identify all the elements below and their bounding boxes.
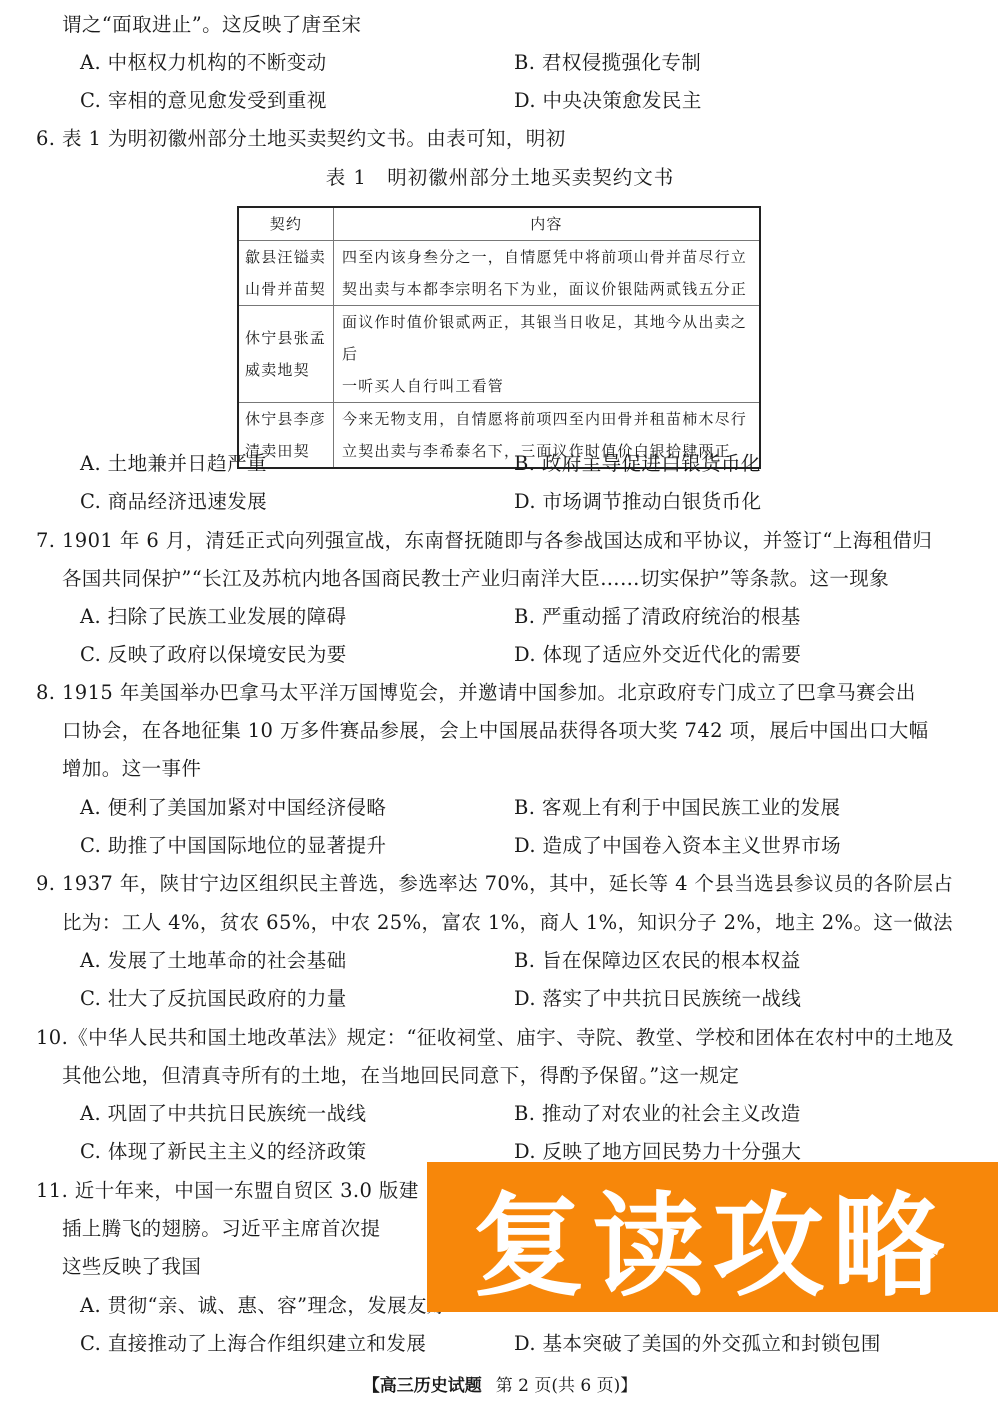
q9-stem-line1: 9. 1937 年，陕甘宁边区组织民主普选，参选率达 70%，其中，延长等 4 … [36, 871, 953, 897]
footer-page-number: 第 2 页(共 6 页)】 [496, 1376, 638, 1396]
q6-option-b: B. 政府主导促进白银货币化 [514, 451, 761, 477]
table-header: 契约 [238, 207, 334, 241]
q11-stem-line1: 11. 近十年来，中国一东盟自贸区 3.0 版建 [36, 1178, 419, 1204]
cell-line: 威卖地契 [245, 354, 327, 386]
q5-option-d: D. 中央决策愈发民主 [514, 88, 702, 114]
q10-option-a: A. 巩固了中共抗日民族统一战线 [80, 1101, 366, 1127]
content-cell: 四至内该身叁分之一，自情愿凭中将前项山骨并苗尽行立 契出卖与本都李宗明名下为业，… [334, 241, 761, 306]
q11-option-a: A. 贯彻“亲、诚、惠、容”理念，发展友好 [80, 1293, 447, 1319]
watermark-banner: 复读攻略 [427, 1162, 998, 1312]
contract-cell: 休宁县张孟 威卖地契 [238, 306, 334, 403]
q8-option-c: C. 助推了中国国际地位的显著提升 [80, 833, 386, 859]
q6-stem: 6. 表 1 为明初徽州部分土地买卖契约文书。由表可知，明初 [36, 126, 566, 152]
table-row: 歙县汪镒卖 山骨并苗契 四至内该身叁分之一，自情愿凭中将前项山骨并苗尽行立 契出… [238, 241, 760, 306]
q8-stem-line1: 8. 1915 年美国举办巴拿马太平洋万国博览会，并邀请中国参加。北京政府专门成… [36, 680, 916, 706]
table-row: 休宁县张孟 威卖地契 面议作时值价银贰两正，其银当日收足，其地今从出卖之后 一听… [238, 306, 760, 403]
cell-line: 一听买人自行叫工看管 [342, 370, 751, 402]
contract-cell: 歙县汪镒卖 山骨并苗契 [238, 241, 334, 306]
q5-stem: 谓之“面取进止”。这反映了唐至宋 [62, 12, 361, 38]
q5-option-a: A. 中枢权力机构的不断变动 [80, 50, 327, 76]
q10-stem-line2: 其他公地，但清真寺所有的土地，在当地回民同意下，得酌予保留。”这一规定 [62, 1063, 739, 1089]
page-footer: 【高三历史试题第 2 页(共 6 页)】 [0, 1375, 1000, 1397]
q6-option-a: A. 土地兼并日趋严重 [80, 451, 267, 477]
cell-line: 休宁县李彦 [245, 403, 327, 435]
q5-option-b: B. 君权侵揽强化专制 [514, 50, 701, 76]
q8-option-d: D. 造成了中国卷入资本主义世界市场 [514, 833, 841, 859]
contract-table: 契约 内容 歙县汪镒卖 山骨并苗契 四至内该身叁分之一，自情愿凭中将前项山骨并苗… [237, 206, 761, 469]
q7-option-a: A. 扫除了民族工业发展的障碍 [80, 604, 346, 630]
table-header: 内容 [334, 207, 761, 241]
cell-line: 今来无物支用，自情愿将前项四至内田骨并租苗柿木尽行 [342, 403, 751, 435]
q9-option-d: D. 落实了中共抗日民族统一战线 [514, 986, 801, 1012]
q5-option-c: C. 宰相的意见愈发受到重视 [80, 88, 327, 114]
q7-stem-line2: 各国共同保护”“长江及苏杭内地各国商民教士产业归南洋大臣……切实保护”等条款。这… [62, 566, 889, 592]
table-title: 表 1 明初徽州部分土地买卖契约文书 [0, 165, 1000, 191]
q8-stem-line2: 口协会，在各地征集 10 万多件赛品参展，会上中国展品获得各项大奖 742 项，… [62, 718, 929, 744]
cell-line: 面议作时值价银贰两正，其银当日收足，其地今从出卖之后 [342, 306, 751, 370]
q9-option-b: B. 旨在保障边区农民的根本权益 [514, 948, 801, 974]
cell-line: 休宁县张孟 [245, 322, 327, 354]
q9-stem-line2: 比为：工人 4%，贫农 65%，中农 25%，富农 1%，商人 1%，知识分子 … [62, 910, 953, 936]
cell-line: 契出卖与本都李宗明名下为业，面议价银陆两贰钱五分正 [342, 273, 751, 305]
q6-option-d: D. 市场调节推动白银货币化 [514, 489, 761, 515]
q10-stem-line1: 10.《中华人民共和国土地改革法》规定：“征收祠堂、庙宇、寺院、教堂、学校和团体… [36, 1025, 954, 1051]
q6-option-c: C. 商品经济迅速发展 [80, 489, 267, 515]
q9-option-a: A. 发展了土地革命的社会基础 [80, 948, 346, 974]
cell-line: 歙县汪镒卖 [245, 241, 327, 273]
q7-option-b: B. 严重动摇了清政府统治的根基 [514, 604, 801, 630]
cell-line: 山骨并苗契 [245, 273, 327, 305]
q7-stem-line1: 7. 1901 年 6 月，清廷正式向列强宣战，东南督抚随即与各参战国达成和平协… [36, 528, 932, 554]
q10-option-c: C. 体现了新民主主义的经济政策 [80, 1139, 367, 1165]
q8-option-b: B. 客观上有利于中国民族工业的发展 [514, 795, 840, 821]
q11-option-d: D. 基本突破了美国的外交孤立和封锁包围 [514, 1331, 881, 1357]
q10-option-b: B. 推动了对农业的社会主义改造 [514, 1101, 801, 1127]
q7-option-c: C. 反映了政府以保境安民为要 [80, 642, 347, 668]
content-cell: 面议作时值价银贰两正，其银当日收足，其地今从出卖之后 一听买人自行叫工看管 [334, 306, 761, 403]
q7-option-d: D. 体现了适应外交近代化的需要 [514, 642, 801, 668]
q8-stem-line3: 增加。这一事件 [62, 756, 201, 782]
q8-option-a: A. 便利了美国加紧对中国经济侵略 [80, 795, 386, 821]
table-header-row: 契约 内容 [238, 207, 760, 241]
q11-stem-line2: 插上腾飞的翅膀。习近平主席首次提 [62, 1216, 380, 1242]
cell-line: 四至内该身叁分之一，自情愿凭中将前项山骨并苗尽行立 [342, 241, 751, 273]
q9-option-c: C. 壮大了反抗国民政府的力量 [80, 986, 347, 1012]
q11-stem-line3: 这些反映了我国 [62, 1254, 201, 1280]
q11-option-c: C. 直接推动了上海合作组织建立和发展 [80, 1331, 426, 1357]
footer-subject: 【高三历史试题 [363, 1376, 482, 1396]
